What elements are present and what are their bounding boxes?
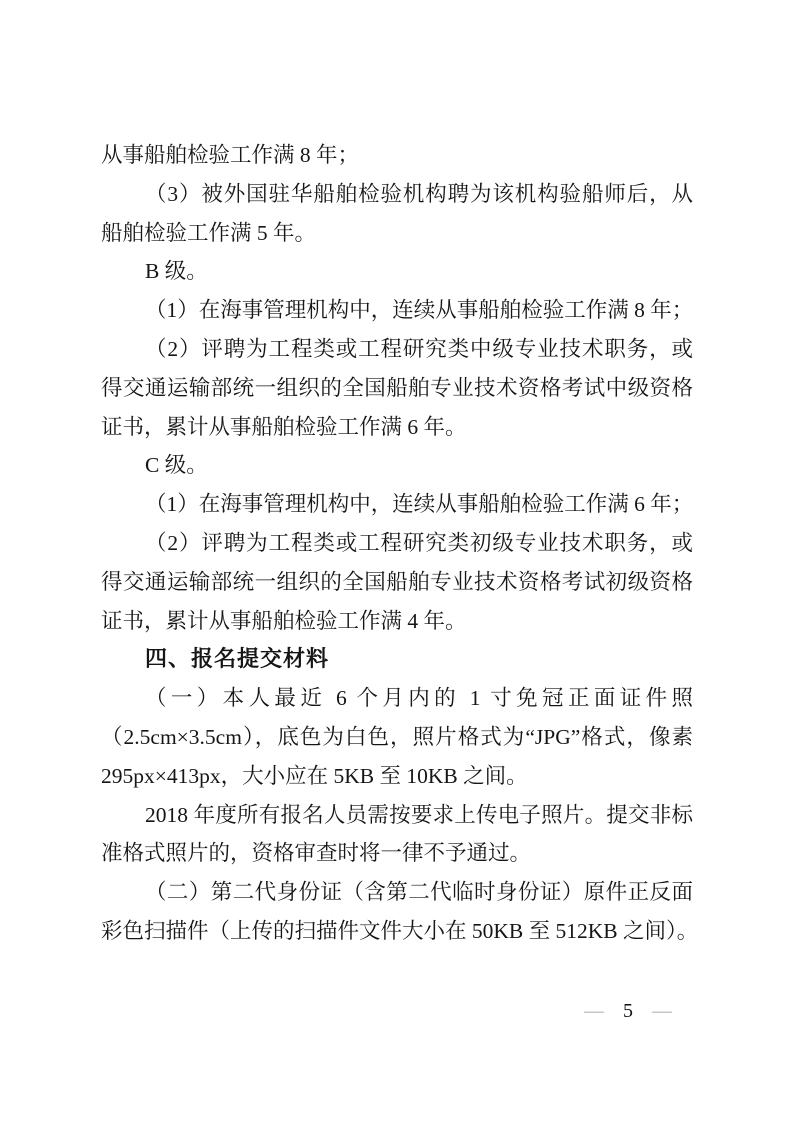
document-page: 从事船舶检验工作满 8 年；（3）被外国驻华船舶检验机构聘为该机构验船师后，从事…: [0, 0, 793, 1122]
footer-dash-right: —: [652, 1003, 672, 1019]
text-line: （3）被外国驻华船舶检验机构聘为该机构验船师后，从事: [101, 175, 693, 214]
page-footer: — 5 —: [584, 997, 672, 1025]
text-line: 得交通运输部统一组织的全国船舶专业技术资格考试中级资格: [101, 369, 693, 408]
text-line: （2）评聘为工程类或工程研究类中级专业技术职务，或取: [101, 330, 693, 369]
text-line: 证书，累计从事船舶检验工作满 6 年。: [101, 408, 693, 447]
text-line: （2.5cm×3.5cm），底色为白色，照片格式为“JPG”格式，像素为: [101, 718, 693, 757]
text-line: 彩色扫描件（上传的扫描件文件大小在 50KB 至 512KB 之间）。: [101, 912, 693, 951]
text-line: （1）在海事管理机构中，连续从事船舶检验工作满 6 年；: [101, 485, 693, 524]
text-line: 295px×413px，大小应在 5KB 至 10KB 之间。: [101, 757, 693, 796]
text-line: （2）评聘为工程类或工程研究类初级专业技术职务，或取: [101, 524, 693, 563]
text-line: B 级。: [101, 252, 693, 291]
text-line: （一）本人最近 6 个月内的 1 寸免冠正面证件照: [101, 679, 693, 718]
footer-dash-left: —: [584, 1003, 604, 1019]
text-line: 2018 年度所有报名人员需按要求上传电子照片。提交非标: [101, 796, 693, 835]
text-line: 船舶检验工作满 5 年。: [101, 214, 693, 253]
section-heading: 四、报名提交材料: [101, 640, 693, 679]
text-line: 得交通运输部统一组织的全国船舶专业技术资格考试初级资格: [101, 563, 693, 602]
text-line: C 级。: [101, 446, 693, 485]
document-body: 从事船舶检验工作满 8 年；（3）被外国驻华船舶检验机构聘为该机构验船师后，从事…: [101, 136, 693, 951]
text-line: （1）在海事管理机构中，连续从事船舶检验工作满 8 年；: [101, 291, 693, 330]
text-line: （二）第二代身份证（含第二代临时身份证）原件正反面的: [101, 873, 693, 912]
text-line: 准格式照片的，资格审查时将一律不予通过。: [101, 834, 693, 873]
text-line: 从事船舶检验工作满 8 年；: [101, 136, 693, 175]
text-line: 证书，累计从事船舶检验工作满 4 年。: [101, 602, 693, 641]
page-number: 5: [623, 1001, 633, 1021]
